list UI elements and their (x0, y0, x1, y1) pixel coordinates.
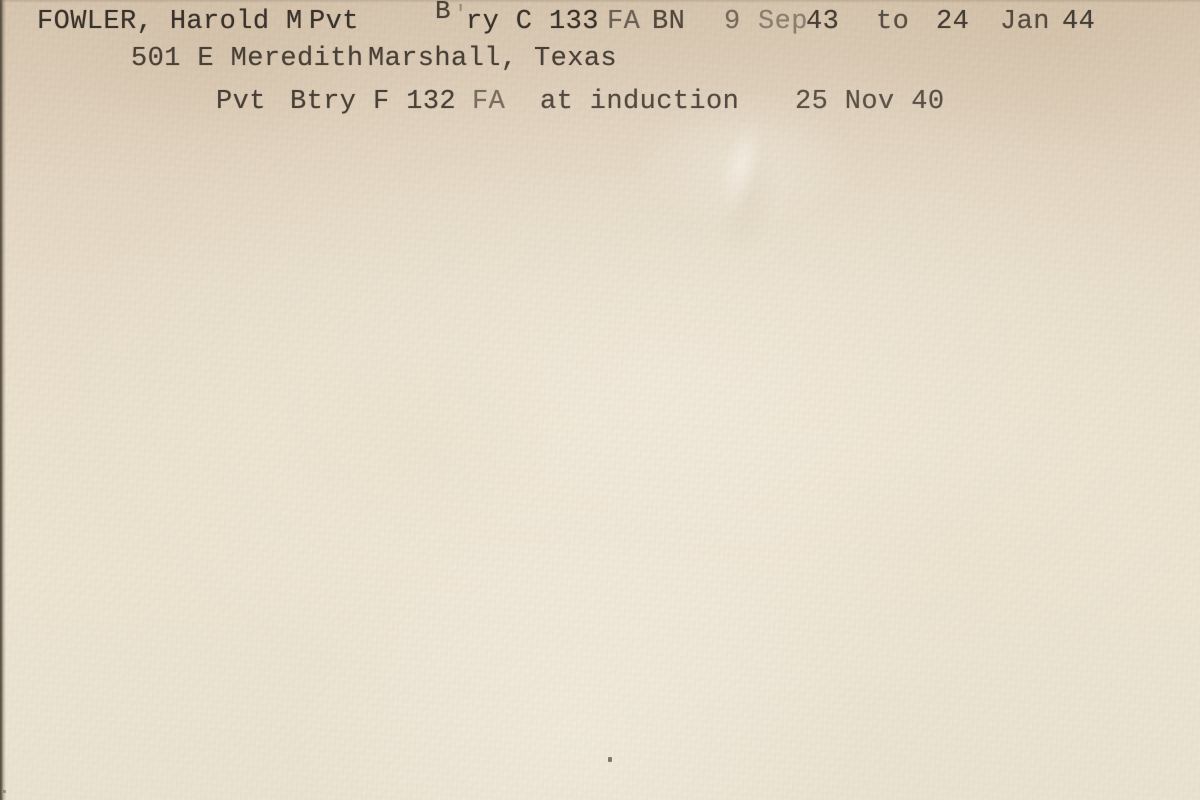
ink-speck (608, 757, 612, 762)
soldier-name: FOWLER, Harold M (37, 7, 303, 37)
city-state: Marshall, Texas (368, 44, 617, 74)
paper-crease (671, 97, 814, 269)
scan-edge-left (0, 0, 6, 800)
scan-edge-top (0, 0, 1200, 3)
battery-unit: ry C 133 (466, 7, 599, 37)
induction-rank: Pvt (216, 87, 266, 117)
paper-stain-texture (0, 0, 1200, 800)
service-from-year: 43 (806, 7, 839, 37)
induction-unit: Btry F 132 (290, 87, 456, 117)
soldier-rank: Pvt (309, 7, 359, 37)
branch-abbrev: FA (607, 7, 640, 37)
date-range-to: to (876, 7, 909, 37)
induction-note: at induction (540, 87, 739, 117)
service-to-day: 24 (936, 7, 969, 37)
service-from-day: 9 (724, 7, 741, 37)
service-record-card: FOWLER, Harold M Pvt B ' ry C 133 FA BN … (0, 0, 1200, 800)
service-from-month: Sep (758, 7, 808, 37)
induction-branch-abbrev: FA (472, 87, 505, 117)
street-address: 501 E Meredith (131, 44, 363, 74)
battalion-abbrev: BN (652, 7, 685, 37)
service-to-month: Jan (1000, 7, 1050, 37)
ink-speck (3, 790, 6, 793)
battery-letter-superscript: B (435, 0, 451, 26)
paper-fibre-texture (0, 0, 1200, 800)
induction-date: 25 Nov 40 (795, 87, 944, 117)
service-to-year: 44 (1062, 7, 1095, 37)
